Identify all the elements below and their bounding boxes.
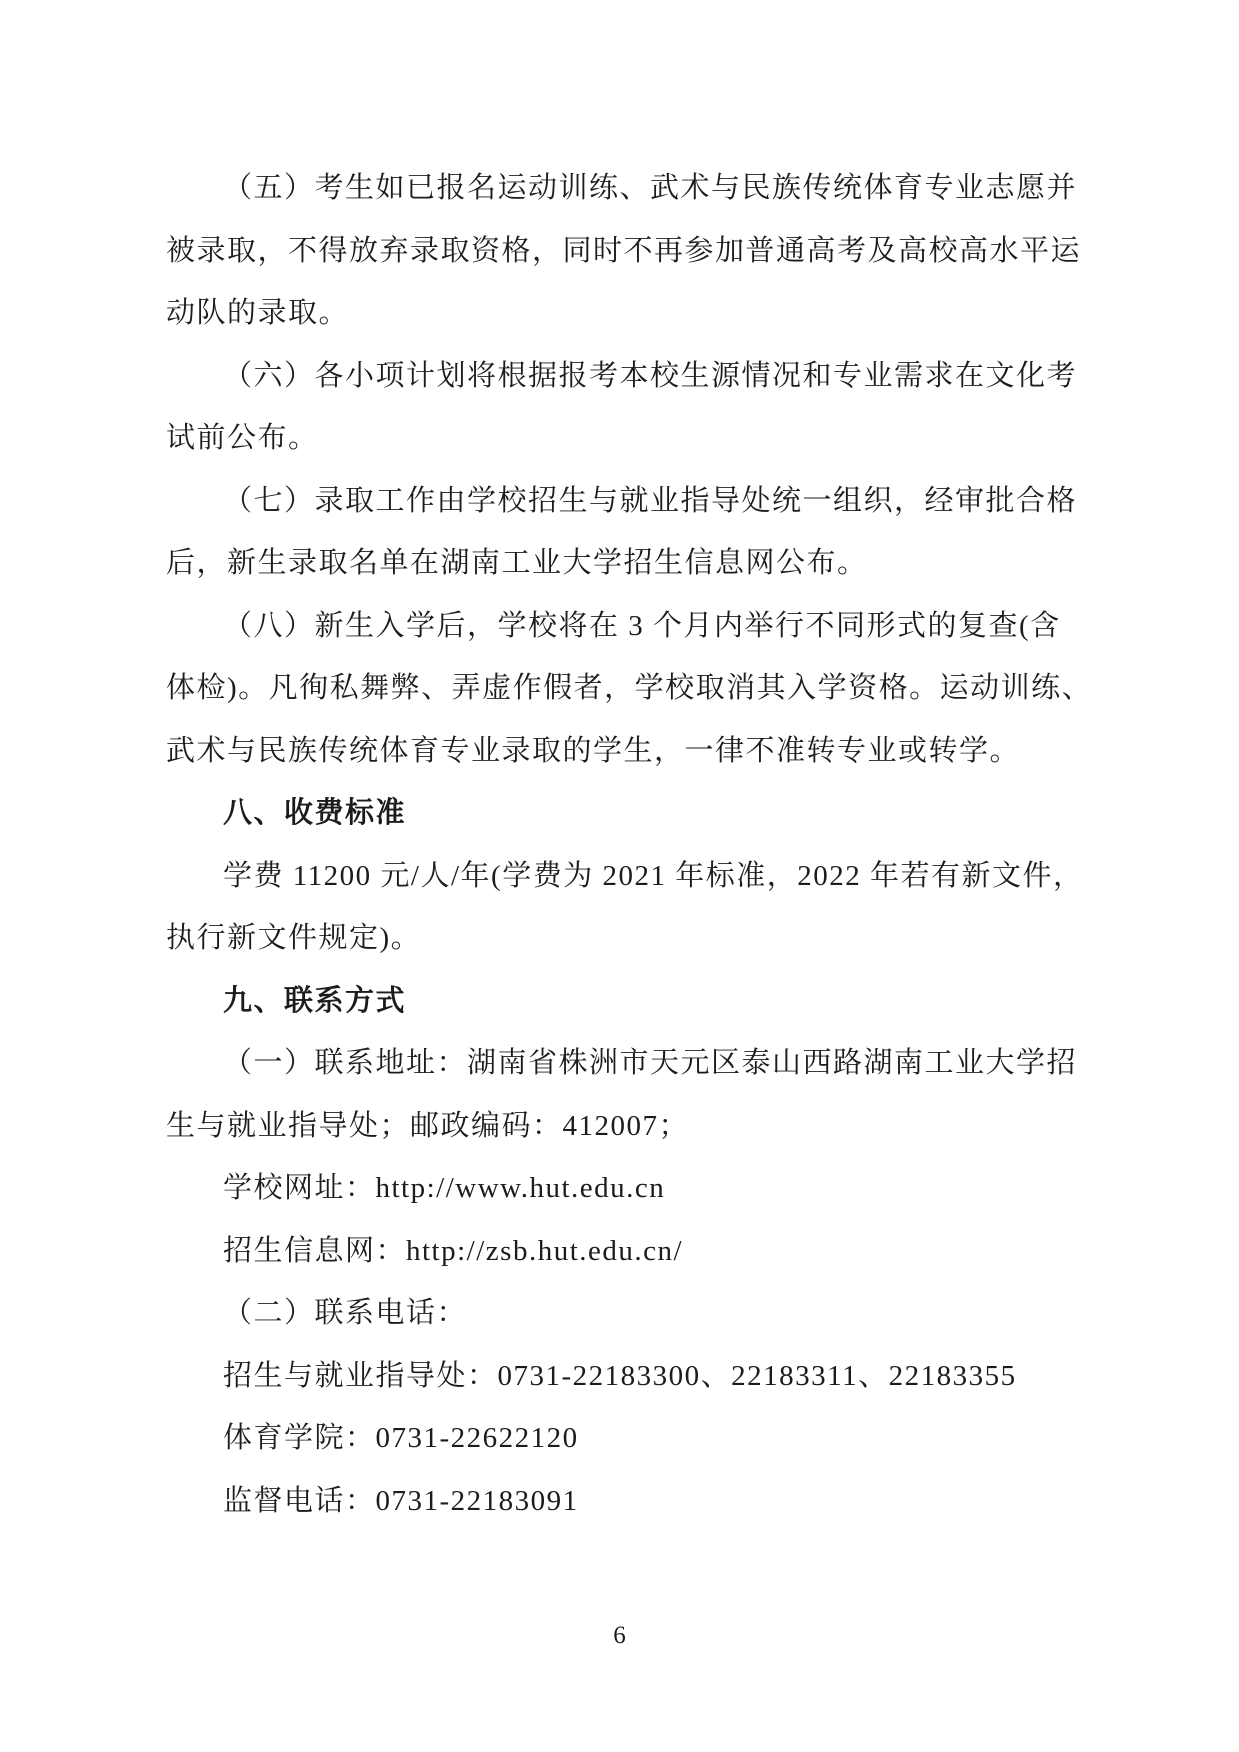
document-body: （五）考生如已报名运动训练、武术与民族传统体育专业志愿并被录取，不得放弃录取资格… (166, 157, 1081, 1532)
document-line: （一）联系地址：湖南省株洲市天元区泰山西路湖南工业大学招 (166, 1032, 1081, 1095)
document-line: 执行新文件规定)。 (166, 907, 1081, 970)
document-line: （七）录取工作由学校招生与就业指导处统一组织，经审批合格 (166, 470, 1081, 533)
document-line: （六）各小项计划将根据报考本校生源情况和专业需求在文化考 (166, 345, 1081, 408)
document-line: 监督电话：0731-22183091 (166, 1470, 1081, 1533)
document-page: （五）考生如已报名运动训练、武术与民族传统体育专业志愿并被录取，不得放弃录取资格… (0, 0, 1239, 1752)
document-line: 动队的录取。 (166, 282, 1081, 345)
document-line: 被录取，不得放弃录取资格，同时不再参加普通高考及高校高水平运 (166, 220, 1081, 283)
document-line: 八、收费标准 (166, 782, 1081, 845)
document-line: 武术与民族传统体育专业录取的学生，一律不准转专业或转学。 (166, 720, 1081, 783)
document-line: （二）联系电话： (166, 1282, 1081, 1345)
document-line: 生与就业指导处；邮政编码：412007； (166, 1095, 1081, 1158)
document-line: 九、联系方式 (166, 970, 1081, 1033)
document-line: 学校网址：http://www.hut.edu.cn (166, 1157, 1081, 1220)
document-line: （五）考生如已报名运动训练、武术与民族传统体育专业志愿并 (166, 157, 1081, 220)
document-line: 试前公布。 (166, 407, 1081, 470)
document-line: （八）新生入学后，学校将在 3 个月内举行不同形式的复查(含 (166, 595, 1081, 658)
document-line: 体检)。凡徇私舞弊、弄虚作假者，学校取消其入学资格。运动训练、 (166, 657, 1081, 720)
document-line: 体育学院：0731-22622120 (166, 1407, 1081, 1470)
document-line: 招生与就业指导处：0731-22183300、22183311、22183355 (166, 1345, 1081, 1408)
document-line: 招生信息网：http://zsb.hut.edu.cn/ (166, 1220, 1081, 1283)
document-line: 后，新生录取名单在湖南工业大学招生信息网公布。 (166, 532, 1081, 595)
page-number: 6 (0, 1622, 1239, 1650)
document-line: 学费 11200 元/人/年(学费为 2021 年标准，2022 年若有新文件， (166, 845, 1081, 908)
